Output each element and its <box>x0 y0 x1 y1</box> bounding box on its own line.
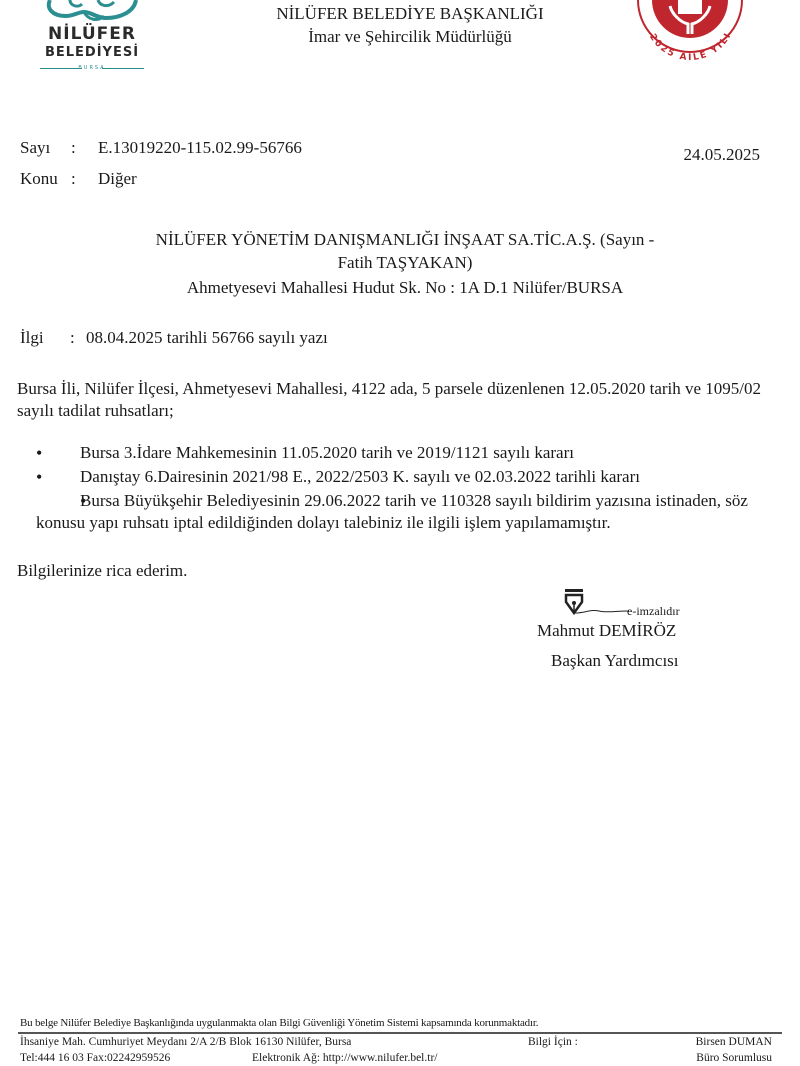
signer-name: Mahmut DEMİRÖZ <box>537 621 676 641</box>
signer-title: Başkan Yardımcısı <box>551 651 679 671</box>
family-year-emblem-icon: 2025 AİLE YILI <box>630 0 750 70</box>
sayi-value: E.13019220-115.02.99-56766 <box>98 138 302 158</box>
recipient-name-line2: Fatih TAŞYAKAN) <box>90 250 720 275</box>
logo-text-line2: BELEDİYESİ <box>22 45 162 60</box>
e-signature-pen-icon <box>563 589 633 617</box>
security-notice: Bu belge Nilüfer Belediye Başkanlığında … <box>20 1017 538 1029</box>
sayi-separator: : <box>71 138 76 158</box>
footer-address: İhsaniye Mah. Cumhuriyet Meydanı 2/A 2/B… <box>20 1036 351 1048</box>
closing-line: Bilgilerinize rica ederim. <box>17 560 777 582</box>
ilgi-value: 08.04.2025 tarihli 56766 sayılı yazı <box>86 328 328 348</box>
konu-separator: : <box>71 169 76 189</box>
e-signed-label: e-imzalıdır <box>627 604 680 619</box>
nilufer-emblem-icon <box>22 0 162 24</box>
ilgi-label: İlgi <box>20 328 44 348</box>
footer-phone-fax: Tel:444 16 03 Fax:02242959526 <box>20 1052 170 1064</box>
konu-value: Diğer <box>98 169 137 189</box>
list-item: Bursa 3.İdare Mahkemesinin 11.05.2020 ta… <box>36 442 756 464</box>
nilufer-logo: NİLÜFER BELEDİYESİ BURSA <box>22 0 162 72</box>
contact-name: Birsen DUMAN <box>696 1036 772 1048</box>
logo-text-line1: NİLÜFER <box>22 24 162 44</box>
recipient-address: Ahmetyesevi Mahallesi Hudut Sk. No : 1A … <box>90 275 720 300</box>
sayi-label: Sayı <box>20 138 50 158</box>
footer-divider <box>18 1032 782 1034</box>
list-item: Bursa Büyükşehir Belediyesinin 29.06.202… <box>36 490 756 534</box>
family-year-logo: 2025 AİLE YILI <box>630 0 750 70</box>
institution-title: NİLÜFER BELEDİYE BAŞKANLIĞI <box>200 4 620 24</box>
logo-divider <box>102 68 144 69</box>
body-intro: Bursa İli, Nilüfer İlçesi, Ahmetyesevi M… <box>17 378 777 422</box>
ilgi-separator: : <box>70 328 75 348</box>
list-item-text: Bursa Büyükşehir Belediyesinin 29.06.202… <box>36 491 748 532</box>
konu-label: Konu <box>20 169 58 189</box>
document-date: 24.05.2025 <box>684 145 761 165</box>
decision-list: Bursa 3.İdare Mahkemesinin 11.05.2020 ta… <box>36 442 756 536</box>
contact-title: Büro Sorumlusu <box>696 1052 772 1064</box>
recipient-name-line1: NİLÜFER YÖNETİM DANIŞMANLIĞI İNŞAAT SA.T… <box>90 227 720 252</box>
department-title: İmar ve Şehircilik Müdürlüğü <box>200 27 620 47</box>
info-contact-label: Bilgi İçin : <box>528 1036 578 1048</box>
list-item: Danıştay 6.Dairesinin 2021/98 E., 2022/2… <box>36 466 756 488</box>
footer-website-link[interactable]: Elektronik Ağ: http://www.nilufer.bel.tr… <box>252 1052 437 1064</box>
